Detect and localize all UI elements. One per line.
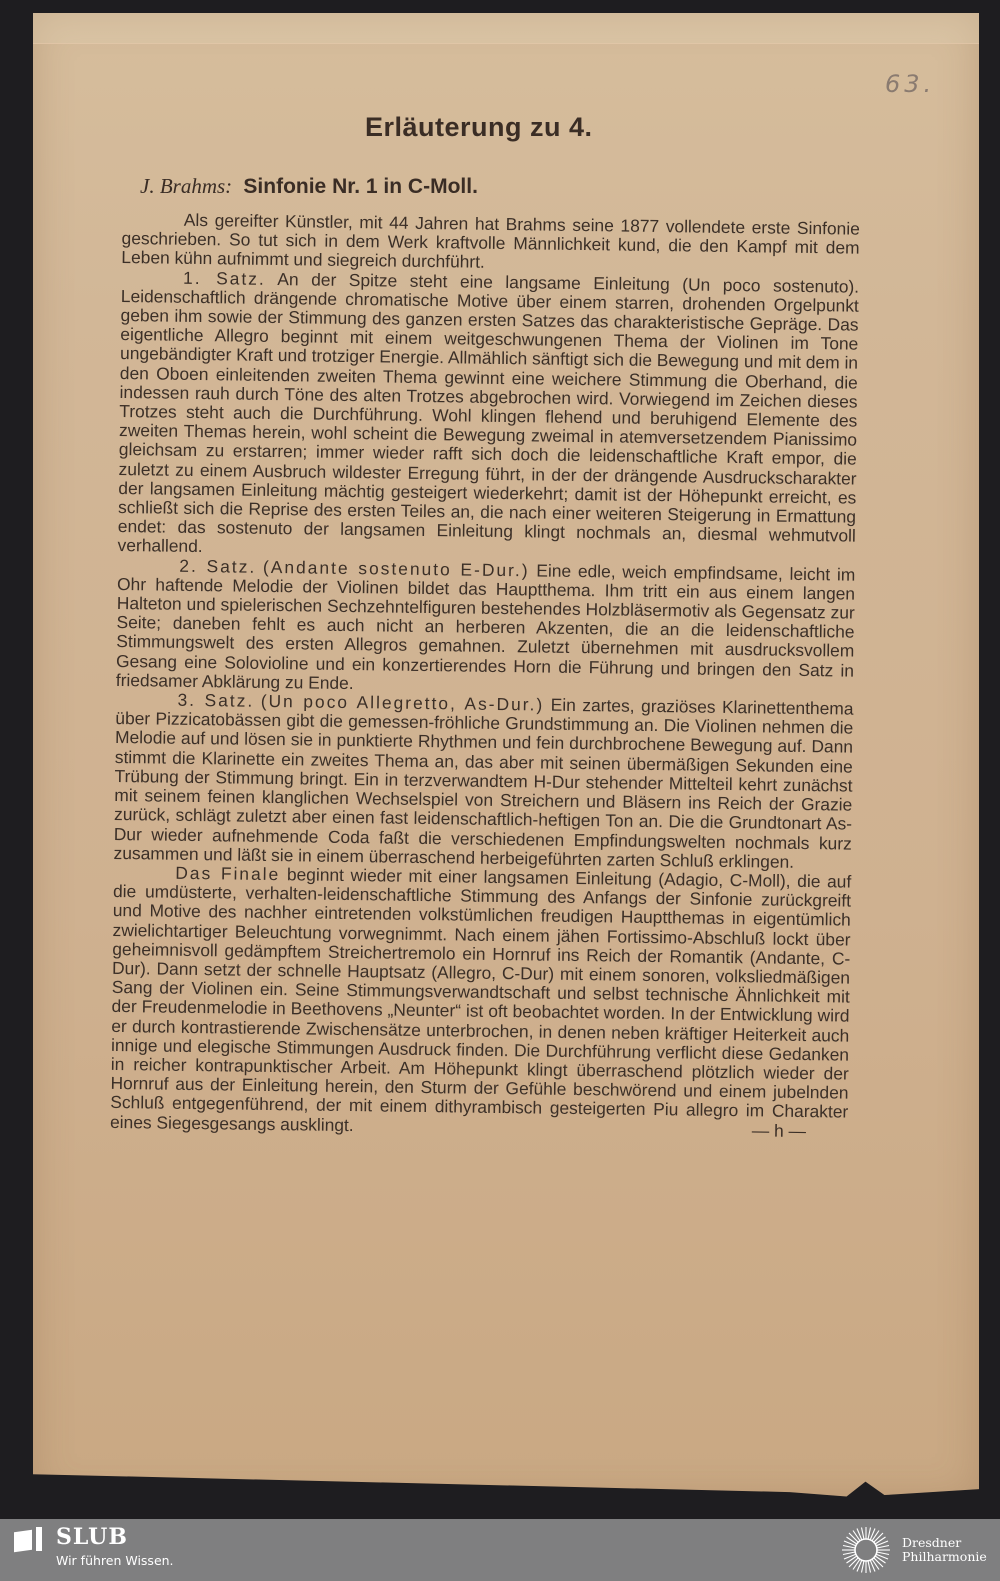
dp-name-line-2: Philharmonie xyxy=(902,1550,987,1564)
dresdner-philharmonie-logo-link[interactable]: Dresdner Philharmonie xyxy=(840,1525,987,1575)
handwritten-page-number: 63. xyxy=(885,70,935,98)
paragraph-finale: Das Finale beginnt wieder mit einer lang… xyxy=(110,863,851,1141)
satz-3-text: Ein zartes, graziöses Klarinettenthema ü… xyxy=(113,695,853,872)
slub-name: SLUB xyxy=(56,1525,174,1549)
satz-2-label: 2. Satz. xyxy=(179,555,256,576)
slub-logo-link[interactable]: SLUB Wir führen Wissen. xyxy=(14,1525,174,1568)
satz-3-label: 3. Satz. xyxy=(177,690,254,711)
paragraph-satz-1: 1. Satz. An der Spitze steht eine langsa… xyxy=(117,268,859,566)
satz-1-text: An der Spitze steht eine langsame Einlei… xyxy=(117,269,859,557)
dp-name-line-1: Dresdner xyxy=(902,1536,987,1550)
satz-2-text: Eine edle, weich empfindsame, leicht im … xyxy=(116,560,856,693)
work-heading: J. Brahms: Sinfonie Nr. 1 in C-Moll. xyxy=(140,174,478,199)
page-title: Erläuterung zu 4. xyxy=(365,112,593,143)
program-notes-body: Als gereifter Künstler, mit 44 Jahren ha… xyxy=(110,210,860,1141)
book-icon xyxy=(14,1527,42,1551)
slub-tagline: Wir führen Wissen. xyxy=(56,1553,174,1568)
composer-name: J. Brahms: xyxy=(140,174,232,198)
paragraph-satz-3: 3. Satz. (Un poco Allegretto, As-Dur.) E… xyxy=(113,690,853,872)
paragraph-satz-2: 2. Satz. (Andante sostenuto E-Dur.) Eine… xyxy=(116,556,856,700)
satz-1-label: 1. Satz. xyxy=(183,267,266,288)
finale-text: beginnt wieder mit einer langsamen Einle… xyxy=(110,864,851,1135)
sunburst-ring-icon xyxy=(840,1525,892,1575)
finale-label: Das Finale xyxy=(175,863,280,884)
author-signature: — h — xyxy=(690,1120,806,1141)
work-title: Sinfonie Nr. 1 in C-Moll. xyxy=(243,175,478,198)
footer-bar: SLUB Wir führen Wissen. xyxy=(0,1519,1000,1581)
scan-background: 63. Erläuterung zu 4. J. Brahms: Sinfoni… xyxy=(0,0,1000,1530)
